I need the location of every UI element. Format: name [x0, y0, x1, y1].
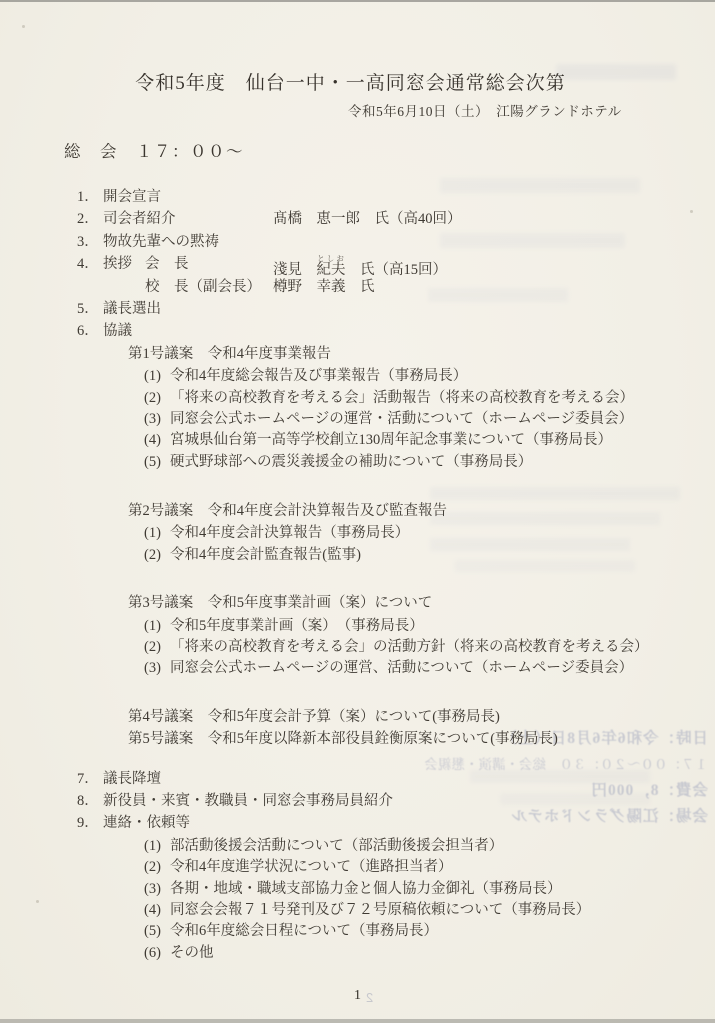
- proposal-1-heading: 第1号議案 令和4年度事業報告: [0, 344, 715, 366]
- sub-item-text: 令和4年度進学状況について（進路担当者）: [170, 857, 452, 878]
- sub-item-number: (4): [144, 900, 161, 921]
- item-label: 連絡・依頼等: [103, 813, 190, 834]
- sub-item-number: (1): [144, 836, 161, 857]
- sub-item-text: 「将来の高校教育を考える会」活動報告（将来の高校教育を考える会）: [170, 388, 634, 409]
- item-number: 7．: [77, 769, 99, 790]
- sub-item-text: 令和5年度事業計画（案） （事務局長）: [170, 616, 424, 637]
- proposal-1-item-5: (5) 硬式野球部への震災義援金の補助について（事務局長）: [0, 452, 715, 473]
- item-label: 挨拶: [103, 254, 132, 275]
- sub-item-number: (3): [144, 879, 161, 900]
- page-number: 1: [0, 988, 715, 1004]
- proposal-5-heading: 第5号議案 令和5年度以降新本部役員銓衡原案について(事務局長): [0, 729, 715, 751]
- item-label: 物故先輩への黙祷: [103, 232, 219, 253]
- item-number: 9．: [77, 813, 99, 834]
- furigana: としお: [317, 254, 346, 263]
- sub-item-number: (5): [144, 921, 161, 942]
- paper-speck: [22, 25, 25, 28]
- speaker-name: 樽野 幸義 氏: [273, 277, 375, 298]
- agenda-item-4b: 校 長（副会長） 樽野 幸義 氏: [0, 277, 715, 299]
- item-number: 2．: [77, 209, 99, 230]
- proposal-2-item-1: (1) 令和4年度会計決算報告（事務局長）: [0, 523, 715, 544]
- item-number: 8．: [77, 791, 99, 812]
- proposal-1-item-3: (3) 同窓会公式ホームページの運営・活動について（ホームページ委員会）: [0, 409, 715, 430]
- sub-item-number: (2): [144, 388, 161, 409]
- sub-item-text: 「将来の高校教育を考える会」の活動方針（将来の高校教育を考える会）: [170, 637, 649, 658]
- proposal-1-item-1: (1) 令和4年度総会報告及び事業報告（事務局長）: [0, 366, 715, 387]
- sub-item-number: (2): [144, 857, 161, 878]
- proposal-2-heading: 第2号議案 令和4年度会計決算報告及び監査報告: [0, 501, 715, 523]
- sub-item-number: (1): [144, 616, 161, 637]
- proposal-heading-text: 第4号議案 令和5年度会計予算（案）について(事務局長): [128, 707, 500, 728]
- sub-item-text: 同窓会会報７１号発刊及び７２号原稿依頼について（事務局長）: [170, 900, 590, 921]
- speaker-name: 髙橋 恵一郎 氏（高40回）: [273, 209, 462, 230]
- sub-item-text: その他: [170, 943, 214, 964]
- proposal-3-item-2: (2) 「将来の高校教育を考える会」の活動方針（将来の高校教育を考える会）: [0, 637, 715, 658]
- sub-item-text: 令和4年度総会報告及び事業報告（事務局長）: [170, 366, 467, 387]
- proposal-3-heading: 第3号議案 令和5年度事業計画（案）について: [0, 593, 715, 615]
- speaker-role-president: 会 長: [145, 254, 189, 275]
- sub-item-text: 令和4年度会計監査報告(監事): [170, 545, 361, 566]
- sub-item-number: (2): [144, 637, 161, 658]
- item-number: 1．: [77, 187, 99, 208]
- sub-item-text: 硬式野球部への震災義援金の補助について（事務局長）: [170, 452, 532, 473]
- agenda-item-5: 5． 議長選出: [0, 299, 715, 321]
- agenda-item-1: 1． 開会宣言: [0, 187, 715, 209]
- date-and-venue: 令和5年6月10日（土） 江陽グランドホテル: [348, 100, 622, 120]
- agenda-item-4: 4． 挨拶 会 長 淺見 紀夫としお 氏（高15回）: [0, 254, 715, 276]
- proposal-1-item-4: (4) 宮城県仙台第一高等学校創立130周年記念事業について（事務局長）: [0, 430, 715, 451]
- item-number: 3．: [77, 232, 99, 253]
- item-label: 開会宣言: [103, 187, 161, 208]
- sub-item-number: (3): [144, 658, 161, 679]
- agenda-item-3: 3． 物故先輩への黙祷: [0, 232, 715, 254]
- sub-item-number: (6): [144, 943, 161, 964]
- sub-item-number: (2): [144, 545, 161, 566]
- proposal-3-item-1: (1) 令和5年度事業計画（案） （事務局長）: [0, 616, 715, 637]
- sub-item-text: 令和6年度総会日程について（事務局長）: [170, 921, 438, 942]
- agenda-body: 1． 開会宣言 2． 司会者紹介 髙橋 恵一郎 氏（高40回） 3． 物故先輩へ…: [0, 187, 715, 964]
- item-number: 5．: [77, 299, 99, 320]
- item-number: 6．: [77, 321, 99, 342]
- contact-item-6: (6) その他: [0, 943, 715, 964]
- item-label: 司会者紹介: [103, 209, 176, 230]
- proposal-4-heading: 第4号議案 令和5年度会計予算（案）について(事務局長): [0, 707, 715, 729]
- sub-item-text: 部活動後援会活動について（部活動後援会担当者）: [170, 836, 503, 857]
- session-heading: 総 会 １７：００～: [64, 138, 244, 162]
- agenda-item-8: 8． 新役員・来賓・教職員・同窓会事務局員紹介: [0, 791, 715, 813]
- agenda-item-6: 6． 協議: [0, 321, 715, 343]
- item-label: 新役員・来賓・教職員・同窓会事務局員紹介: [103, 791, 393, 812]
- proposal-2-item-2: (2) 令和4年度会計監査報告(監事): [0, 545, 715, 566]
- sub-item-number: (1): [144, 523, 161, 544]
- scan-edge-bottom: [0, 1019, 715, 1023]
- item-number: 4．: [77, 254, 99, 275]
- sub-item-number: (3): [144, 409, 161, 430]
- contact-item-2: (2) 令和4年度進学状況について（進路担当者）: [0, 857, 715, 878]
- item-label: 議長降壇: [103, 769, 161, 790]
- item-label: 議長選出: [103, 299, 161, 320]
- agenda-item-2: 2． 司会者紹介 髙橋 恵一郎 氏（高40回）: [0, 209, 715, 231]
- proposal-1-item-2: (2) 「将来の高校教育を考える会」活動報告（将来の高校教育を考える会）: [0, 388, 715, 409]
- contact-item-4: (4) 同窓会会報７１号発刊及び７２号原稿依頼について（事務局長）: [0, 900, 715, 921]
- proposal-heading-text: 第5号議案 令和5年度以降新本部役員銓衡原案について(事務局長): [128, 729, 558, 750]
- proposal-heading-text: 第1号議案 令和4年度事業報告: [128, 344, 331, 365]
- sub-item-number: (4): [144, 430, 161, 451]
- contact-item-3: (3) 各期・地域・職域支部協力金と個人協力金御礼（事務局長）: [0, 879, 715, 900]
- agenda-item-7: 7． 議長降壇: [0, 769, 715, 791]
- document-title: 令和5年度 仙台一中・一高同窓会通常総会次第: [0, 68, 701, 95]
- contact-item-5: (5) 令和6年度総会日程について（事務局長）: [0, 921, 715, 942]
- scan-edge-top: [0, 0, 715, 2]
- item-label: 協議: [103, 321, 132, 342]
- proposal-heading-text: 第2号議案 令和4年度会計決算報告及び監査報告: [128, 501, 447, 522]
- speaker-role-principal: 校 長（副会長）: [145, 277, 261, 298]
- sub-item-number: (5): [144, 452, 161, 473]
- sub-item-text: 同窓会公式ホームページの運営・活動について（ホームページ委員会）: [170, 409, 633, 430]
- agenda-item-9: 9． 連絡・依頼等: [0, 813, 715, 835]
- contact-item-1: (1) 部活動後援会活動について（部活動後援会担当者）: [0, 836, 715, 857]
- bleedthrough-page-number: 2: [366, 990, 373, 1005]
- sub-item-number: (1): [144, 366, 161, 387]
- proposal-heading-text: 第3号議案 令和5年度事業計画（案）について: [128, 593, 432, 614]
- proposal-3-item-3: (3) 同窓会公式ホームページの運営、活動について（ホームページ委員会）: [0, 658, 715, 679]
- sub-item-text: 同窓会公式ホームページの運営、活動について（ホームページ委員会）: [170, 658, 633, 679]
- scanned-document-page: 日時：令和6年6月8日（土） １７：００～２０：３０ 総会・講演・懇親会 会費：…: [0, 0, 715, 1023]
- sub-item-text: 令和4年度会計決算報告（事務局長）: [170, 523, 409, 544]
- sub-item-text: 宮城県仙台第一高等学校創立130周年記念事業について（事務局長）: [170, 430, 612, 451]
- sub-item-text: 各期・地域・職域支部協力金と個人協力金御礼（事務局長）: [170, 879, 562, 900]
